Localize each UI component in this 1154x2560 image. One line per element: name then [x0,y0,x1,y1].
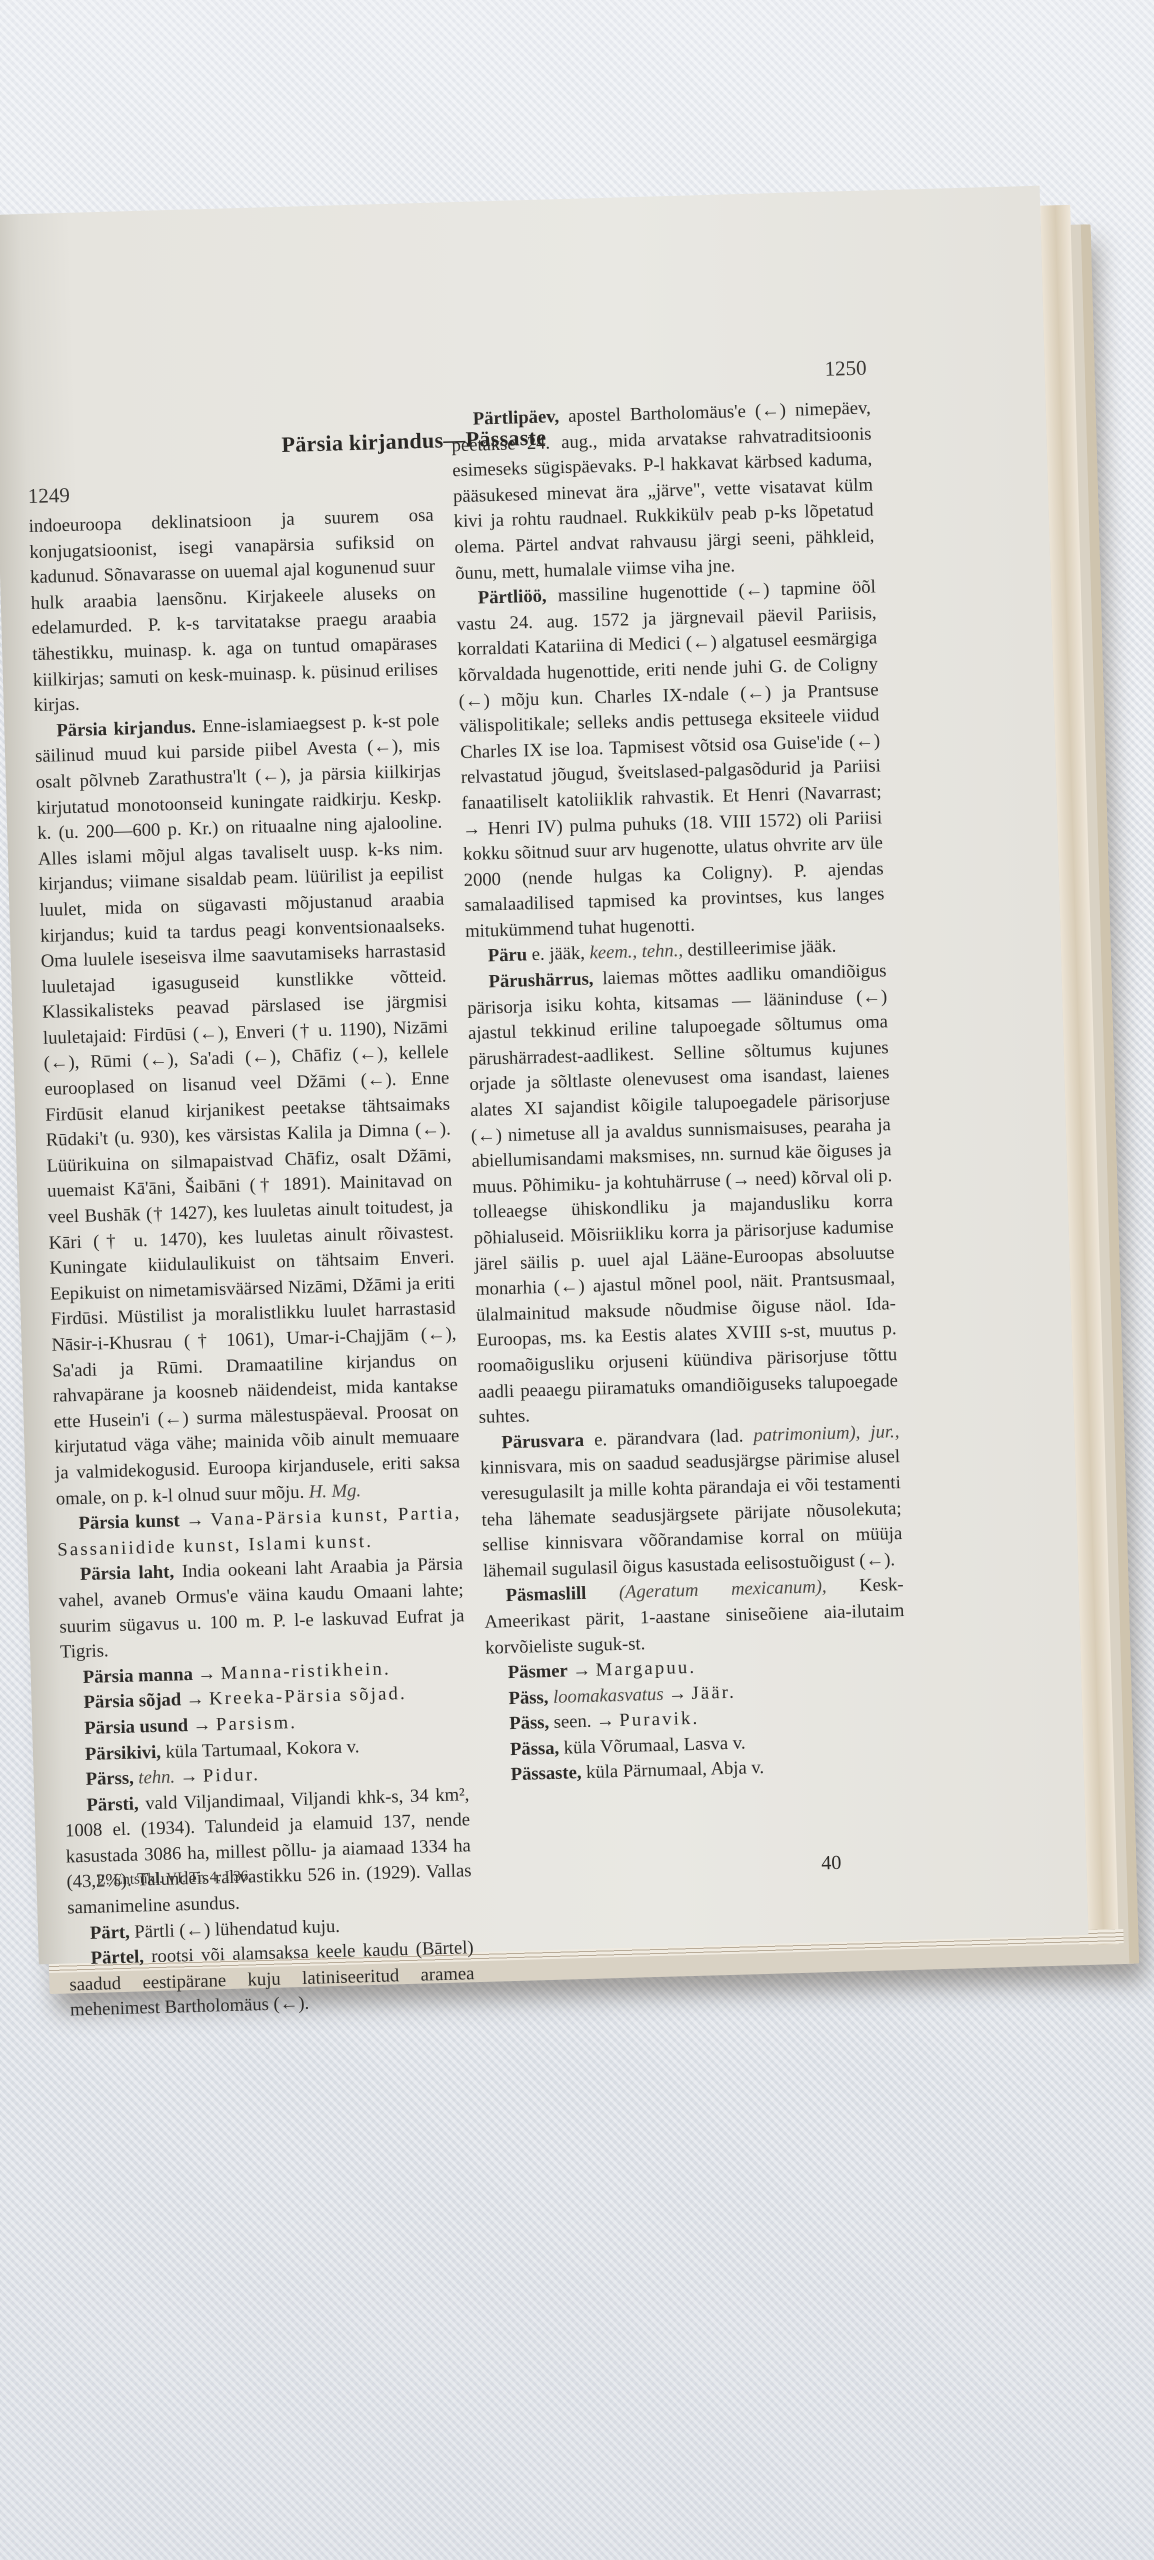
entry-partlipaev: Pärtlipäev, apostel Bartholomäus'e (←) n… [451,395,876,586]
cross-reference: Manna-ristikhein. [220,1658,391,1684]
headword: Päss, [508,1687,548,1709]
entry-text: seen. → [553,1710,619,1733]
headword: Pärsia laht, [80,1562,175,1586]
entry-text: massiline hugenottide (←) tapmine öõl va… [456,577,884,942]
headword: Pärusvara [501,1430,584,1453]
entry-text: e. jääk, [531,943,589,966]
arrow-icon: → [668,1683,692,1705]
left-column: indoeuroopa deklinatsioon ja suurem osa … [28,503,475,2024]
entry-parusharrus: Pärushärrus, laiemas mõttes aadliku oman… [466,958,899,1430]
headword: Päss, [509,1712,549,1734]
headword: Pässaste, [510,1763,581,1786]
headword: Pässa, [510,1738,560,1760]
entry-partlioo: Pärtliöö, massiline hugenottide (←) tapm… [456,575,886,945]
headword: Pärsia kirjandus. [56,716,196,741]
headword: Pärtel, [90,1947,144,1969]
page-number-right: 1250 [824,356,867,382]
book: 1249 Pärsia kirjandus—Pässaste 1250 indo… [0,184,1150,2014]
cross-reference: Puravik. [619,1708,700,1731]
field-label: patrimonium), jur., [753,1421,899,1446]
field-label: keem., tehn., [589,940,683,964]
arrow-icon: → [197,1663,221,1685]
headword: Päsmaslill [505,1583,586,1606]
entry-parsia-kirjandus: Pärsia kirjandus. Enne-islamiaegsest p. … [34,707,461,1511]
entry-text: laiemas mõttes aadliku omandiõigus päris… [467,960,898,1428]
headword: Pärtlipäev, [473,406,560,429]
author-initials: H. Mg. [309,1480,362,1502]
field-label: tehn. [138,1767,175,1789]
entry-text: kinnisvara, mis on saadud seadusjärgse p… [480,1446,903,1581]
arrow-icon: → [179,1766,203,1788]
continuation-text: indoeuroopa deklinatsioon ja suurem osa … [28,503,439,719]
headword: Pärsia manna [83,1664,194,1688]
entry-pasmaslill: Päsmaslill (Ageratum mexicanum), Kesk-Am… [483,1572,905,1660]
headword: Päru [488,945,528,967]
signature-number: 40 [821,1852,842,1876]
entry-parusvara: Pärusvara e. pärandvara (lad. patrimoniu… [479,1419,903,1584]
arrow-icon: → [572,1660,596,1682]
entry-text: e. pärandvara (lad. [594,1425,754,1450]
headword: Pärt, [90,1921,130,1943]
entry-parsti: Pärsti, vald Viljandimaal, Viljandi khk-… [64,1782,472,1921]
cross-reference: Margapuu. [595,1657,696,1681]
field-label: loomakasvatus [553,1683,664,1707]
arrow-icon: → [185,1510,210,1532]
arrow-icon: → [192,1714,216,1736]
headword: Pärsikivi, [85,1741,161,1764]
entry-parsia-laht: Pärsia laht, India ookeani laht Araabia … [58,1552,466,1666]
headword: Pärsti, [86,1793,139,1815]
entry-text: küla Tartumaal, Kokora v. [165,1736,359,1762]
entry-text: destilleerimise jääk. [687,936,836,961]
headword: Pärtliöö, [478,586,547,609]
entry-text: küla Võrumaal, Lasva v. [563,1732,745,1758]
encyclopedia-page: 1249 Pärsia kirjandus—Pässaste 1250 indo… [0,186,1088,1965]
page-number-left: 1249 [28,483,71,509]
headword: Pärsia kunst [78,1510,180,1534]
cross-reference: Jäär. [691,1681,736,1703]
entry-text: Pärtli (←) lühendatud kuju. [134,1916,340,1943]
right-column: Pärtlipäev, apostel Bartholomäus'e (←) n… [451,395,909,1788]
headword: Pärsia sõjad [83,1690,181,1714]
cross-reference: Parsism. [216,1712,298,1735]
cross-reference: Pidur. [203,1764,261,1787]
cross-reference: Kreeka-Pärsia sõjad. [209,1683,407,1710]
headword: Päsmer [508,1661,568,1684]
headword: Pärss, [85,1768,134,1790]
entry-text: küla Pärnumaal, Abja v. [586,1757,765,1783]
headword: Pärushärrus, [488,969,593,993]
arrow-icon: → [186,1689,210,1711]
entry-text: Enne-islamiaegsest p. k-st pole säilinud… [35,709,460,1509]
latin-name: (Ageratum mexicanum), [619,1576,827,1603]
entry-partel: Pärtel, rootsi või alamsaksa keele kaudu… [68,1935,475,2023]
headword: Pärsia usund [84,1715,188,1739]
